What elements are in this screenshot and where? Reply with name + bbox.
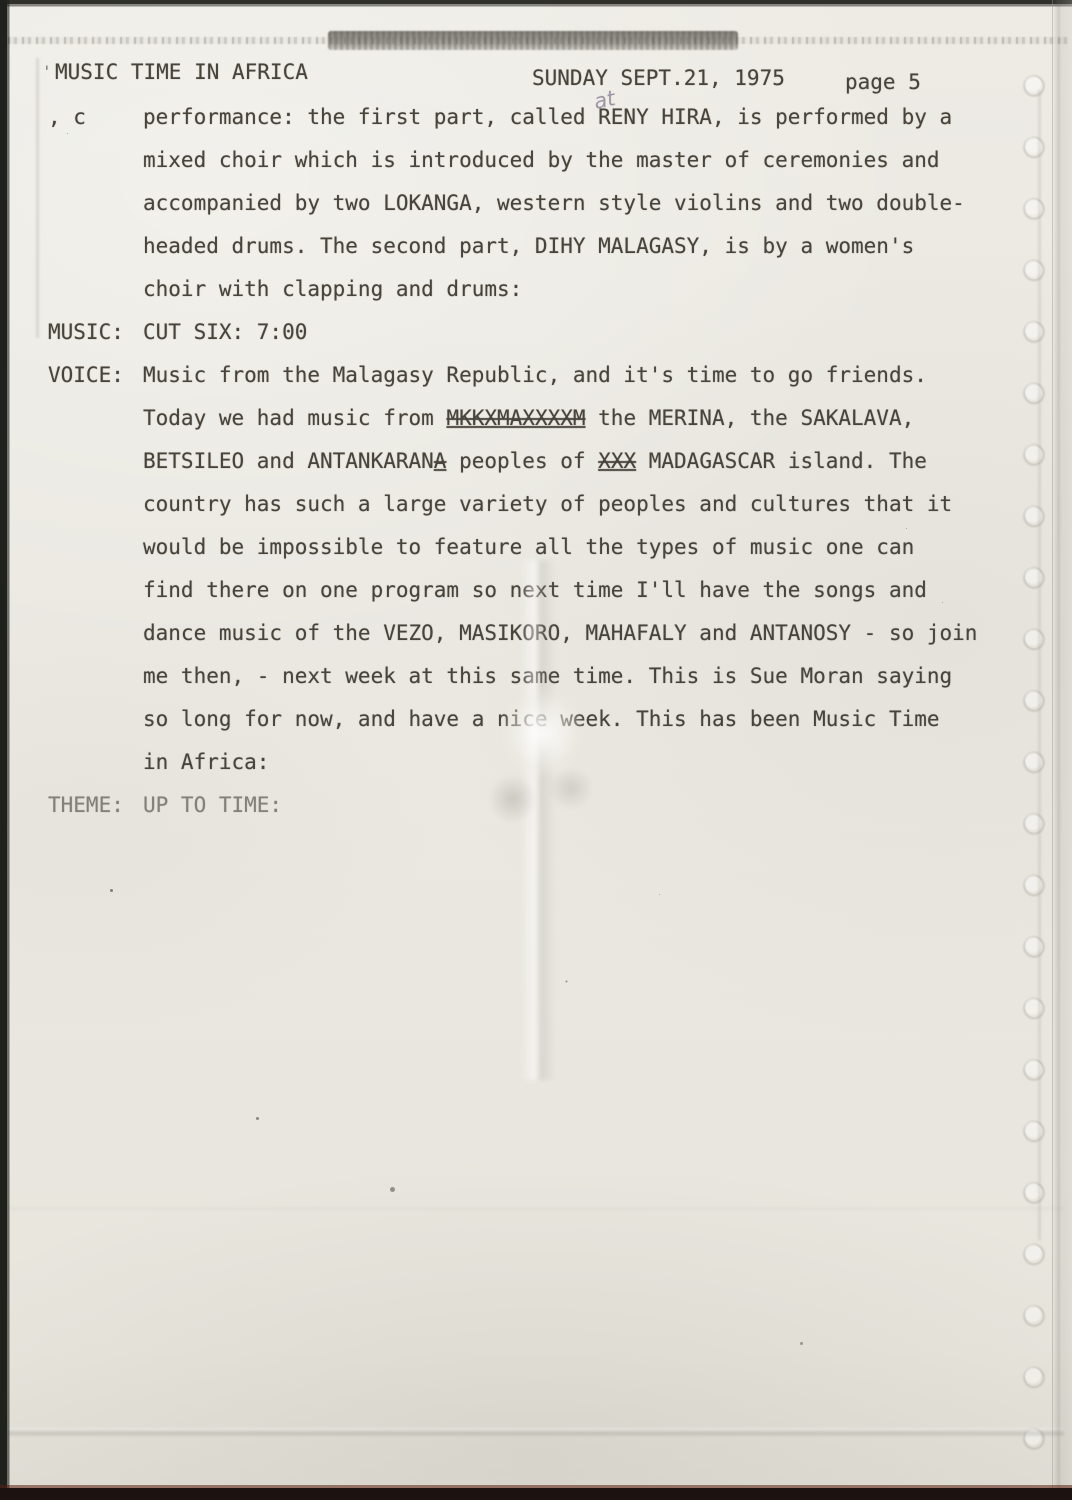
- script-line: me then, - next week at this same time. …: [48, 655, 1038, 698]
- paper-fold-bottom: [8, 1428, 1064, 1437]
- script-line: VOICE:Music from the Malagasy Republic, …: [48, 354, 1038, 397]
- text-segment: find there on one program so next time I…: [143, 578, 927, 602]
- struck-out-text: XXX: [598, 449, 636, 473]
- script-line: mixed choir which is introduced by the m…: [48, 139, 1038, 182]
- photocopy-dark-smudge: [328, 31, 738, 50]
- dirt-specks: [110, 889, 113, 892]
- text-segment: accompanied by two LOKANGA, western styl…: [143, 191, 965, 215]
- script-line: find there on one program so next time I…: [48, 569, 1038, 612]
- binder-hole-shadows: [1012, 55, 1056, 1485]
- text-segment: performance: the first part, called RENY…: [143, 105, 952, 129]
- scan-edge-top: [0, 0, 1072, 7]
- paper-crease-left: [36, 58, 39, 338]
- script-line: so long for now, and have a nice week. T…: [48, 698, 1038, 741]
- page-number: page 5: [845, 70, 921, 94]
- text-segment: headed drums. The second part, DIHY MALA…: [143, 234, 914, 258]
- text-segment: MADAGASCAR island. The: [636, 449, 927, 473]
- text-segment: BETSILEO and ANTANKARAN: [143, 449, 434, 473]
- script-line: country has such a large variety of peop…: [48, 483, 1038, 526]
- text-segment: choir with clapping and drums:: [143, 277, 522, 301]
- text-segment: dance music of the VEZO, MASIKORO, MAHAF…: [143, 621, 977, 645]
- script-line: THEME:UP TO TIME:: [48, 784, 1038, 827]
- text-segment: me then, - next week at this same time. …: [143, 664, 952, 688]
- text-segment: mixed choir which is introduced by the m…: [143, 148, 940, 172]
- script-line: BETSILEO and ANTANKARANA peoples of XXX …: [48, 440, 1038, 483]
- scan-edge-bottom: [0, 1485, 1072, 1500]
- text-segment: CUT SIX: 7:00: [143, 320, 307, 344]
- text-segment: peoples of: [446, 449, 598, 473]
- text-segment: UP TO TIME:: [143, 793, 282, 817]
- margin-label: VOICE:: [48, 354, 124, 397]
- text-segment: would be impossible to feature all the t…: [143, 535, 914, 559]
- text-segment: Music from the Malagasy Republic, and it…: [143, 363, 927, 387]
- margin-label: THEME:: [48, 784, 124, 827]
- margin-label: , c: [48, 96, 86, 139]
- text-segment: Today we had music from: [143, 406, 446, 430]
- script-line: dance music of the VEZO, MASIKORO, MAHAF…: [48, 612, 1038, 655]
- scanned-document-page: MUSIC TIME IN AFRICA SUNDAY SEPT.21, 197…: [0, 0, 1072, 1500]
- text-segment: so long for now, and have a nice week. T…: [143, 707, 940, 731]
- stray-mark: ': [42, 62, 52, 81]
- scan-edge-left: [0, 0, 10, 1500]
- script-line: in Africa:: [48, 741, 1038, 784]
- text-segment: the MERINA, the SAKALAVA,: [586, 406, 915, 430]
- document-date: SUNDAY SEPT.21, 1975: [532, 66, 785, 90]
- script-line: accompanied by two LOKANGA, western styl…: [48, 182, 1038, 225]
- script-line: choir with clapping and drums:: [48, 268, 1038, 311]
- script-line: MUSIC:CUT SIX: 7:00: [48, 311, 1038, 354]
- struck-out-text: A: [434, 449, 447, 473]
- script-body: , cperformance: the first part, called R…: [48, 96, 1038, 827]
- document-title: MUSIC TIME IN AFRICA: [55, 60, 308, 84]
- script-line: would be impossible to feature all the t…: [48, 526, 1038, 569]
- script-line: Today we had music from MKKXMAXXXXM the …: [48, 397, 1038, 440]
- paper-fold-middle: [8, 1205, 1064, 1211]
- struck-out-text: MKKXMAXXXXM: [446, 406, 585, 430]
- script-line: headed drums. The second part, DIHY MALA…: [48, 225, 1038, 268]
- text-segment: country has such a large variety of peop…: [143, 492, 952, 516]
- text-segment: in Africa:: [143, 750, 269, 774]
- paper-edge-right: [1052, 0, 1072, 1500]
- margin-label: MUSIC:: [48, 311, 124, 354]
- script-line: , cperformance: the first part, called R…: [48, 96, 1038, 139]
